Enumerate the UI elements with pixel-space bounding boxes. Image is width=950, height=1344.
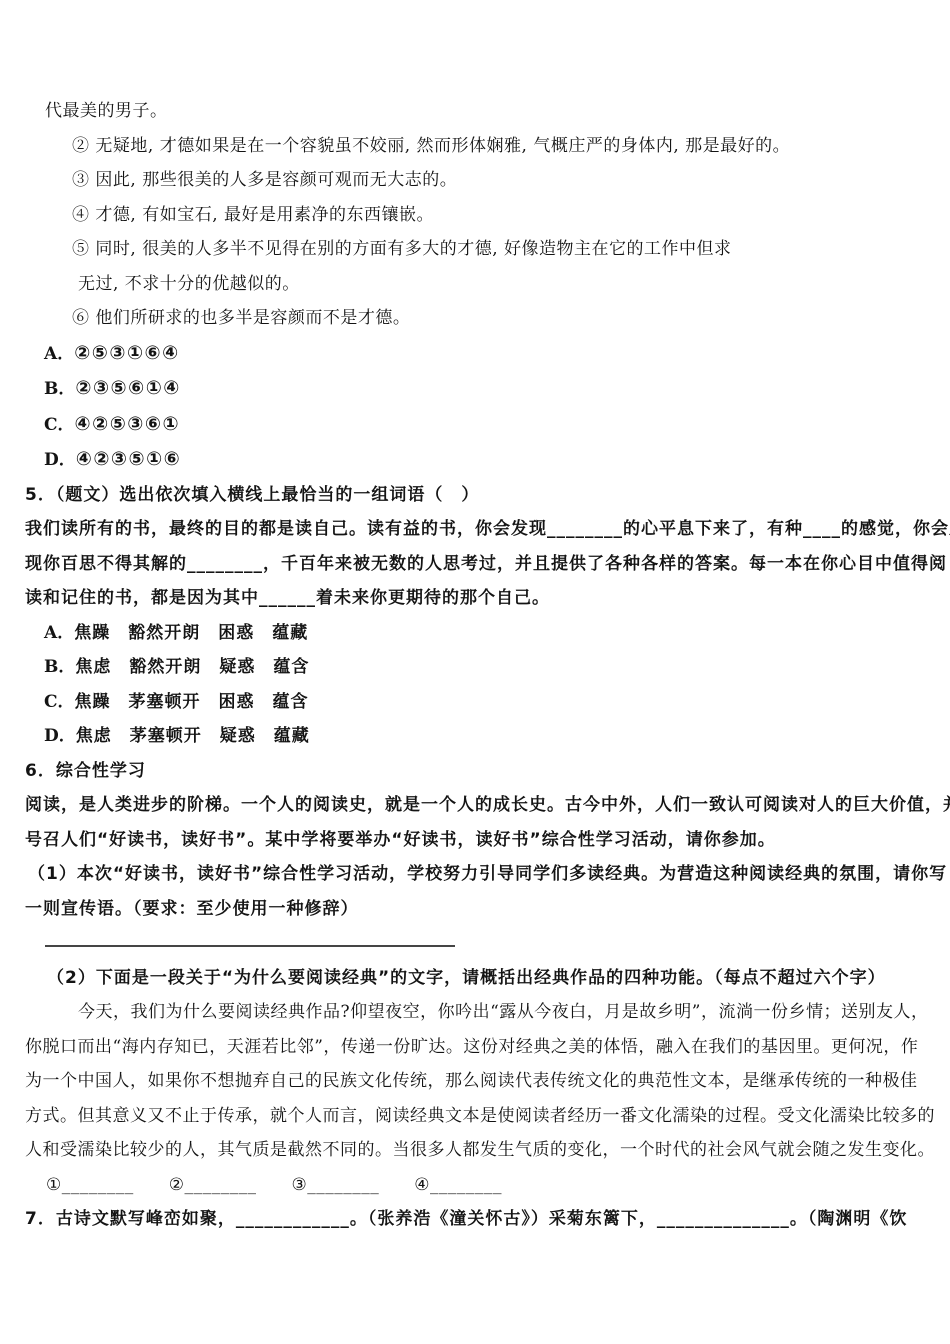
option-label: C． — [44, 692, 75, 712]
answer-blank-line — [45, 945, 455, 947]
q4-option-c: C．④②⑤③⑥① — [44, 407, 925, 443]
q5-passage-line: 现你百思不得其解的________，千百年来被无数的人思考过，并且提供了各种各样… — [25, 547, 925, 582]
option-label: D． — [44, 450, 76, 470]
q6-intro-line: 号召人们“好读书，读好书”。某中学将要举办“好读书，读好书”综合性学习活动，请你… — [25, 823, 925, 858]
q4-carryover-line: 代最美的男子。 — [45, 94, 925, 129]
q4-item-5: ⑤ 同时, 很美的人多半不见得在别的方面有多大的才德, 好像造物主在它的工作中但… — [72, 232, 925, 267]
q6-intro-line: 阅读，是人类进步的阶梯。一个人的阅读史，就是一个人的成长史。古今中外，人们一致认… — [25, 788, 925, 823]
q6-part1-line: （1）本次“好读书，读好书”综合性学习活动，学校努力引导同学们多读经典。为营造这… — [28, 857, 925, 892]
option-label: A． — [44, 623, 74, 643]
q6-part2-heading: （2）下面是一段关于“为什么要阅读经典”的文字，请概括出经典作品的四种功能。（每… — [47, 961, 925, 996]
q6-part1-answer-row — [25, 926, 925, 961]
q6-part2-line: 你脱口而出“海内存知已，天涯若比邻”，传递一份旷达。这份对经典之美的体悟，融入在… — [25, 1030, 925, 1065]
q5-passage-line: 读和记住的书，都是因为其中______着未来你更期待的那个自己。 — [25, 581, 925, 616]
q4-item-4: ④ 才德, 有如宝石, 最好是用素净的东西镶嵌。 — [72, 198, 925, 233]
q5-passage-line: 我们读所有的书，最终的目的都是读自己。读有益的书，你会发现________的心平… — [25, 512, 925, 547]
option-label: B． — [44, 379, 75, 399]
option-value: ②⑤③①⑥④ — [74, 342, 180, 364]
option-value: ④②③⑤①⑥ — [76, 448, 182, 470]
option-value: 焦躁 茅塞顿开 困惑 蕴含 — [75, 692, 309, 712]
option-value: 焦躁 豁然开朗 困惑 蕴藏 — [74, 623, 308, 643]
q4-item-2: ② 无疑地, 才德如果是在一个容貌虽不姣丽, 然而形体娴雅, 气概庄严的身体内,… — [72, 129, 925, 164]
q5-option-a: A．焦躁 豁然开朗 困惑 蕴藏 — [44, 616, 925, 651]
q7-line: 7．古诗文默写峰峦如聚，____________。（张养浩《潼关怀古》）采菊东篱… — [25, 1202, 925, 1237]
q4-item-6: ⑥ 他们所研求的也多半是容颜而不是才德。 — [72, 301, 925, 336]
q5-option-b: B．焦虑 豁然开朗 疑惑 蕴含 — [44, 650, 925, 685]
q6-part2-blanks: ①________ ②________ ③________ ④________ — [46, 1168, 925, 1203]
q6-heading: 6．综合性学习 — [25, 754, 925, 789]
q6-part2-line: 今天，我们为什么要阅读经典作品?仰望夜空，你吟出“露从今夜白，月是故乡明”，流淌… — [78, 995, 925, 1030]
q5-stem: 5．（题文）选出依次填入横线上最恰当的一组词语（ ） — [25, 478, 925, 513]
option-label: A． — [44, 344, 74, 364]
q5-option-d: D．焦虑 茅塞顿开 疑惑 蕴藏 — [44, 719, 925, 754]
q6-part2-line: 为一个中国人，如果你不想抛弃自己的民族文化传统，那么阅读代表传统文化的典范性文本… — [25, 1064, 925, 1099]
option-value: 焦虑 豁然开朗 疑惑 蕴含 — [75, 657, 309, 677]
exam-page: 代最美的男子。 ② 无疑地, 才德如果是在一个容貌虽不姣丽, 然而形体娴雅, 气… — [0, 0, 950, 1344]
q4-option-b: B．②③⑤⑥①④ — [44, 371, 925, 407]
option-label: B． — [44, 657, 75, 677]
q6-part2-line: 方式。但其意义又不止于传承，就个人而言，阅读经典文本是使阅读者经历一番文化濡染的… — [25, 1099, 925, 1134]
q4-option-a: A．②⑤③①⑥④ — [44, 336, 925, 372]
q5-option-c: C．焦躁 茅塞顿开 困惑 蕴含 — [44, 685, 925, 720]
q6-part1-line: 一则宣传语。（要求：至少使用一种修辞） — [25, 892, 925, 927]
option-label: C． — [44, 415, 75, 435]
option-label: D． — [44, 726, 76, 746]
q4-option-d: D．④②③⑤①⑥ — [44, 442, 925, 478]
q4-item-5-continuation: 无过, 不求十分的优越似的。 — [78, 267, 925, 302]
q6-part2-line: 人和受濡染比较少的人，其气质是截然不同的。当很多人都发生气质的变化，一个时代的社… — [25, 1133, 925, 1168]
option-value: 焦虑 茅塞顿开 疑惑 蕴藏 — [76, 726, 310, 746]
option-value: ④②⑤③⑥① — [75, 413, 181, 435]
option-value: ②③⑤⑥①④ — [75, 377, 181, 399]
q4-item-3: ③ 因此, 那些很美的人多是容颜可观而无大志的。 — [72, 163, 925, 198]
